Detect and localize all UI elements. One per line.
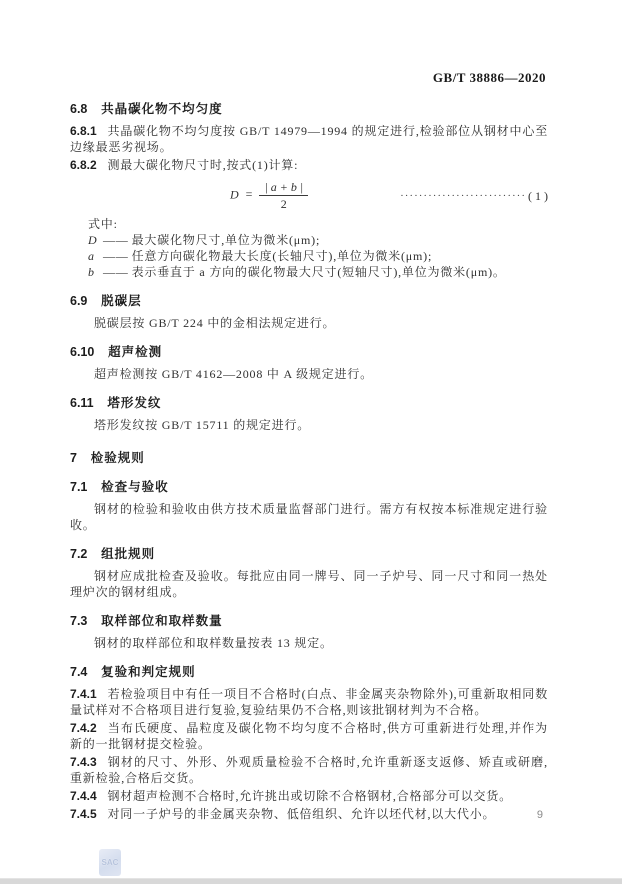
section-number: 6.11 bbox=[70, 396, 94, 410]
standard-number: GB/T 38886—2020 bbox=[433, 70, 546, 86]
definition-dash: —— bbox=[103, 264, 129, 280]
formula-where-label: 式中: bbox=[70, 216, 548, 232]
clause-text: 对同一子炉号的非金属夹杂物、低倍组织、允许以坯代材,以大代小。 bbox=[108, 807, 496, 821]
chapter-title: 检验规则 bbox=[91, 451, 145, 465]
chapter-heading-7: 7检验规则 bbox=[70, 448, 548, 466]
definition-symbol: a bbox=[88, 248, 103, 264]
definition-symbol: b bbox=[88, 264, 103, 280]
definition-text: 最大碳化物尺寸,单位为微米(μm); bbox=[132, 232, 321, 248]
sac-logo-watermark: SAC bbox=[99, 849, 121, 876]
section-number: 7.2 bbox=[70, 547, 87, 561]
clause-text: 若检验项目中有任一项目不合格时(白点、非金属夹杂物除外),可重新取相同数量试样对… bbox=[70, 687, 548, 717]
clause-7-4-5: 7.4.5对同一子炉号的非金属夹杂物、低倍组织、允许以坯代材,以大代小。 bbox=[70, 806, 548, 822]
symbol-definition-b: b —— 表示垂直于 a 方向的碳化物最大尺寸(短轴尺寸),单位为微米(μm)。 bbox=[70, 264, 548, 280]
formula-expression: D = | a + b | 2 bbox=[230, 180, 308, 211]
clause-text: 钢材的尺寸、外形、外观质量检验不合格时,允许重新逐支返修、矫直或研磨,重新检验,… bbox=[70, 755, 548, 785]
paragraph-7-3: 钢材的取样部位和取样数量按表 13 规定。 bbox=[70, 635, 548, 651]
section-number: 6.9 bbox=[70, 294, 87, 308]
clause-text: 共晶碳化物不均匀度按 GB/T 14979—1994 的规定进行,检验部位从钢材… bbox=[70, 124, 548, 154]
definition-dash: —— bbox=[103, 232, 129, 248]
equation-leader-dots: ··························· bbox=[326, 189, 526, 203]
page-number: 9 bbox=[537, 809, 543, 821]
clause-number: 7.4.2 bbox=[70, 721, 97, 735]
paragraph-6-9: 脱碳层按 GB/T 224 中的金相法规定进行。 bbox=[70, 315, 548, 331]
definition-dash: —— bbox=[103, 248, 129, 264]
section-number: 6.10 bbox=[70, 345, 94, 359]
formula-fraction: | a + b | 2 bbox=[259, 180, 308, 211]
section-heading-7-4: 7.4复验和判定规则 bbox=[70, 662, 548, 680]
paragraph-6-11: 塔形发纹按 GB/T 15711 的规定进行。 bbox=[70, 417, 548, 433]
clause-number: 7.4.5 bbox=[70, 807, 97, 821]
watermark-text: SAC bbox=[102, 858, 119, 867]
section-heading-7-3: 7.3取样部位和取样数量 bbox=[70, 611, 548, 629]
symbol-definition-a: a —— 任意方向碳化物最大长度(长轴尺寸),单位为微米(μm); bbox=[70, 248, 548, 264]
clause-7-4-2: 7.4.2当布氏硬度、晶粒度及碳化物不均匀度不合格时,供方可重新进行处理,并作为… bbox=[70, 720, 548, 752]
paragraph-6-10: 超声检测按 GB/T 4162—2008 中 A 级规定进行。 bbox=[70, 366, 548, 382]
fraction-denominator: 2 bbox=[259, 196, 308, 211]
section-number: 7.3 bbox=[70, 614, 87, 628]
paragraph-7-1: 钢材的检验和验收由供方技术质量监督部门进行。需方有权按本标准规定进行验收。 bbox=[70, 501, 548, 533]
section-heading-7-1: 7.1检查与验收 bbox=[70, 477, 548, 495]
clause-number: 7.4.1 bbox=[70, 687, 97, 701]
section-number: 7.4 bbox=[70, 665, 87, 679]
clause-7-4-1: 7.4.1若检验项目中有任一项目不合格时(白点、非金属夹杂物除外),可重新取相同… bbox=[70, 686, 548, 718]
fraction-numerator: | a + b | bbox=[259, 180, 308, 196]
clause-6-8-2: 6.8.2测最大碳化物尺寸时,按式(1)计算: bbox=[70, 157, 548, 173]
section-number: 6.8 bbox=[70, 102, 87, 116]
chapter-number: 7 bbox=[70, 451, 77, 465]
clause-7-4-3: 7.4.3钢材的尺寸、外形、外观质量检验不合格时,允许重新逐支返修、矫直或研磨,… bbox=[70, 754, 548, 786]
paragraph-7-2: 钢材应成批检查及验收。每批应由同一牌号、同一子炉号、同一尺寸和同一热处理炉次的钢… bbox=[70, 568, 548, 600]
section-title: 超声检测 bbox=[108, 345, 162, 359]
formula-lhs: D bbox=[230, 187, 239, 201]
equation-number: ( 1 ) bbox=[528, 189, 548, 203]
equation-1: D = | a + b | 2 ························… bbox=[70, 180, 548, 211]
definition-text: 任意方向碳化物最大长度(长轴尺寸),单位为微米(μm); bbox=[132, 248, 433, 264]
clause-number: 6.8.2 bbox=[70, 158, 97, 172]
section-title: 共晶碳化物不均匀度 bbox=[101, 102, 223, 116]
section-number: 7.1 bbox=[70, 480, 87, 494]
definition-text: 表示垂直于 a 方向的碳化物最大尺寸(短轴尺寸),单位为微米(μm)。 bbox=[132, 264, 506, 280]
section-heading-6-9: 6.9脱碳层 bbox=[70, 291, 548, 309]
clause-text: 测最大碳化物尺寸时,按式(1)计算: bbox=[108, 158, 299, 172]
bottom-scan-edge bbox=[0, 878, 622, 884]
section-title: 脱碳层 bbox=[101, 294, 142, 308]
clause-number: 7.4.3 bbox=[70, 755, 97, 769]
clause-6-8-1: 6.8.1共晶碳化物不均匀度按 GB/T 14979—1994 的规定进行,检验… bbox=[70, 123, 548, 155]
clause-number: 7.4.4 bbox=[70, 789, 97, 803]
section-title: 组批规则 bbox=[101, 547, 155, 561]
clause-text: 当布氏硬度、晶粒度及碳化物不均匀度不合格时,供方可重新进行处理,并作为新的一批钢… bbox=[70, 721, 548, 751]
symbol-definition-D: D —— 最大碳化物尺寸,单位为微米(μm); bbox=[70, 232, 548, 248]
section-title: 检查与验收 bbox=[101, 480, 169, 494]
section-title: 取样部位和取样数量 bbox=[101, 614, 223, 628]
page-content: 6.8共晶碳化物不均匀度 6.8.1共晶碳化物不均匀度按 GB/T 14979—… bbox=[70, 99, 548, 824]
equals-sign: = bbox=[246, 187, 253, 201]
clause-number: 6.8.1 bbox=[70, 124, 97, 138]
clause-text: 钢材超声检测不合格时,允许挑出或切除不合格钢材,合格部分可以交货。 bbox=[108, 789, 512, 803]
clause-7-4-4: 7.4.4钢材超声检测不合格时,允许挑出或切除不合格钢材,合格部分可以交货。 bbox=[70, 788, 548, 804]
section-heading-6-11: 6.11塔形发纹 bbox=[70, 393, 548, 411]
section-heading-6-10: 6.10超声检测 bbox=[70, 342, 548, 360]
definition-symbol: D bbox=[88, 232, 103, 248]
section-heading-6-8: 6.8共晶碳化物不均匀度 bbox=[70, 99, 548, 117]
section-heading-7-2: 7.2组批规则 bbox=[70, 544, 548, 562]
section-title: 塔形发纹 bbox=[107, 396, 161, 410]
section-title: 复验和判定规则 bbox=[101, 665, 196, 679]
